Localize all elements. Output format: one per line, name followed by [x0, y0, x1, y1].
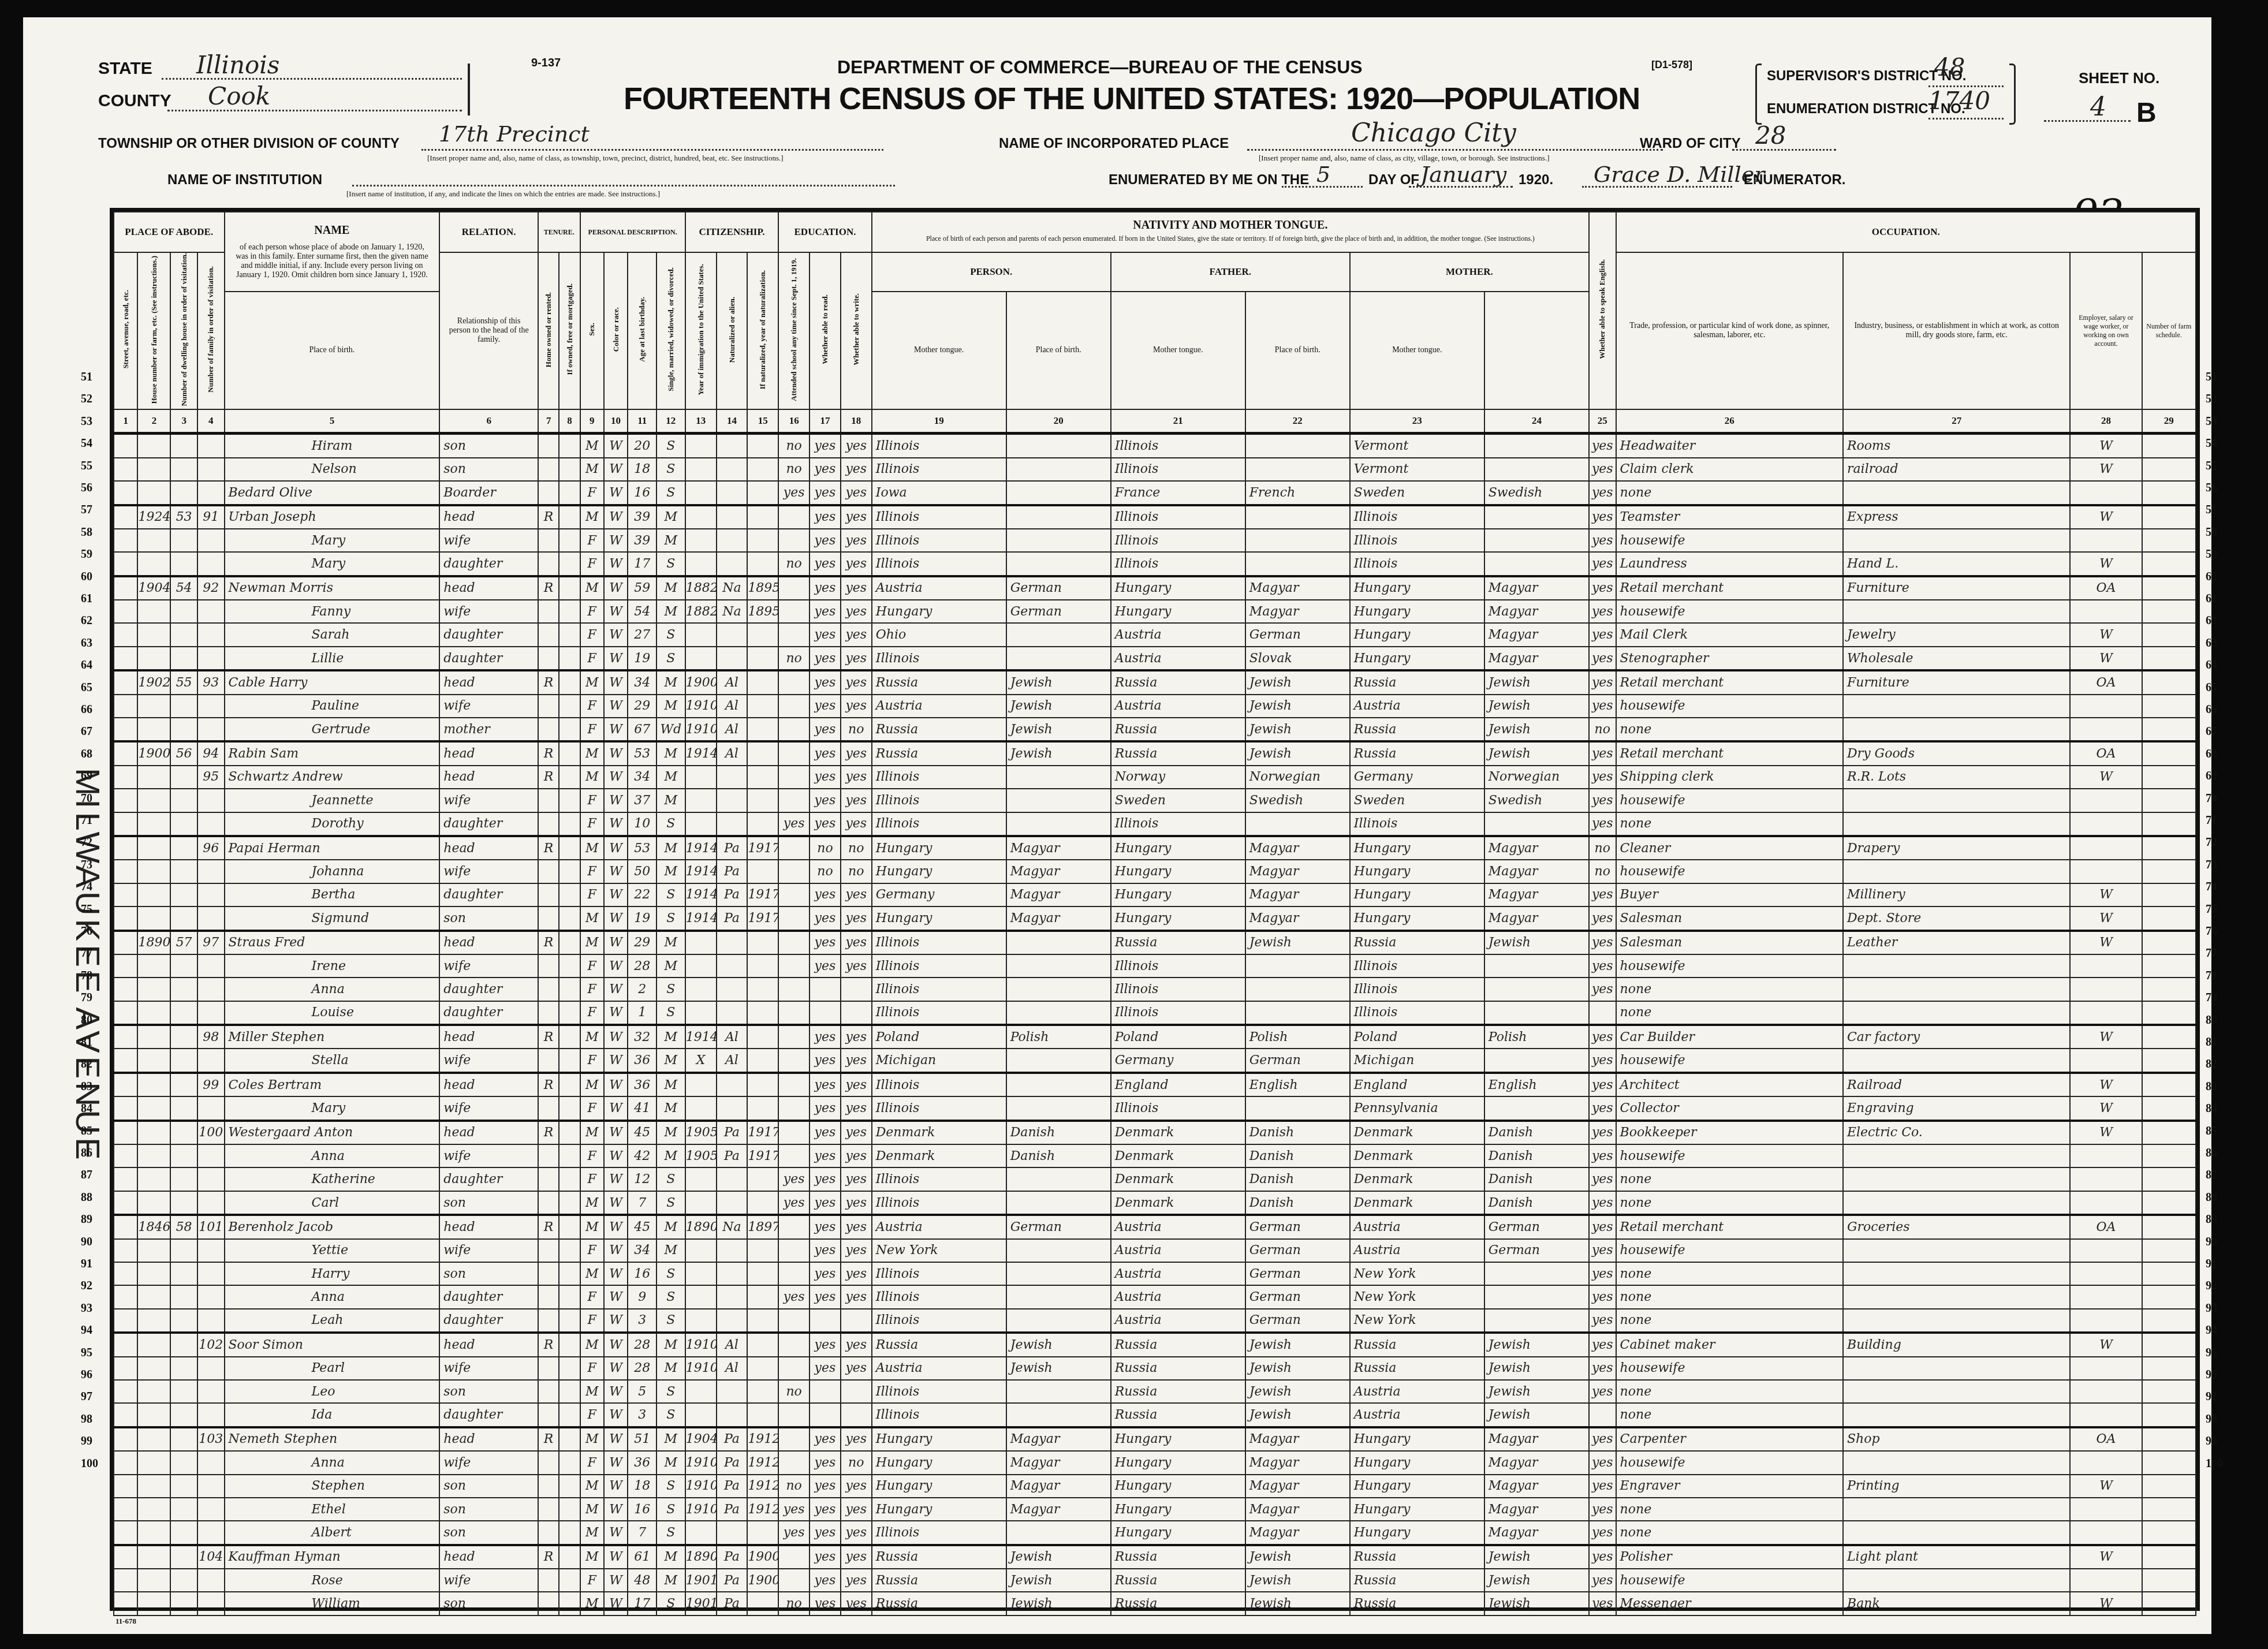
- group-father: FATHER.: [1111, 252, 1350, 292]
- cell-mort: [559, 458, 580, 481]
- column-number: 23: [1350, 409, 1484, 434]
- cell-fmt: Jewish: [1245, 718, 1350, 741]
- cell-eng: yes: [1589, 1521, 1616, 1544]
- column-number-row: 1234567891011121314151617181920212223242…: [114, 409, 2196, 434]
- cell-fpob: Hungary: [1111, 1521, 1245, 1544]
- cell-fmt: Magyar: [1245, 1451, 1350, 1474]
- cell-industry: Shop: [1843, 1427, 2070, 1451]
- cell-emp: [2070, 1498, 2142, 1521]
- cell-pob: Hungary: [872, 860, 1006, 883]
- cell-race: W: [604, 931, 628, 954]
- cell-imm: [685, 1285, 717, 1308]
- cell-natyr: [747, 1025, 778, 1049]
- cell-age: 34: [628, 766, 656, 789]
- cell-farm-schedule: [2142, 1096, 2196, 1120]
- cell-sex: M: [580, 434, 604, 458]
- cell-write: yes: [841, 1239, 872, 1262]
- line-number: 53: [81, 415, 92, 428]
- cell-name: Pearl: [225, 1357, 440, 1380]
- cell-mmt: Norwegian: [1484, 766, 1589, 789]
- cell-fpob: Illinois: [1111, 1001, 1245, 1025]
- cell-mpob: Russia: [1350, 741, 1484, 765]
- cell-house: [137, 1427, 170, 1451]
- cell-sex: F: [580, 860, 604, 883]
- cell-sex: M: [580, 458, 604, 481]
- cell-mmt: [1484, 978, 1589, 1001]
- line-number: 84: [2206, 1102, 2217, 1115]
- cell-nat: Pa: [717, 836, 748, 860]
- cell-mmt: [1484, 1001, 1589, 1025]
- cell-trade: housewife: [1616, 600, 1843, 623]
- cell-nat: [717, 1239, 748, 1262]
- cell-imm: X: [685, 1049, 717, 1072]
- cell-fpob: Hungary: [1111, 860, 1245, 883]
- cell-industry: [1843, 529, 2070, 552]
- line-number: 75: [2206, 903, 2217, 916]
- cell-fmt: Swedish: [1245, 789, 1350, 812]
- cell-mmt: Danish: [1484, 1121, 1589, 1144]
- cell-ms: M: [656, 1569, 685, 1592]
- cell-fpob: Germany: [1111, 1049, 1245, 1072]
- cell-imm: [685, 954, 717, 978]
- line-number: 67: [81, 725, 92, 738]
- form-ref: [D1-578]: [1651, 59, 1692, 71]
- cell-emp: OA: [2070, 1215, 2142, 1238]
- cell-school: no: [778, 552, 810, 576]
- cell-mt: [1006, 1380, 1111, 1403]
- cell-write: yes: [841, 670, 872, 694]
- cell-natyr: 1900: [747, 1545, 778, 1569]
- state-label: State: [98, 59, 152, 79]
- cell-name: Ida: [225, 1403, 440, 1427]
- cell-mmt: Magyar: [1484, 1427, 1589, 1451]
- line-number: 89: [81, 1213, 92, 1226]
- cell-farm-schedule: [2142, 623, 2196, 646]
- cell-sex: F: [580, 718, 604, 741]
- cell-name: Newman Morris: [225, 576, 440, 600]
- cell-ms: S: [656, 1475, 685, 1498]
- cell-race: W: [604, 647, 628, 670]
- cell-school: [778, 883, 810, 906]
- cell-house: [137, 954, 170, 978]
- cell-sex: F: [580, 1403, 604, 1427]
- cell-mt: [1006, 1191, 1111, 1215]
- cell-fam: [197, 1475, 225, 1498]
- census-row: GertrudemotherFW67Wd1910AlyesnoRussiaJew…: [114, 718, 2196, 741]
- cell-street: [114, 670, 137, 694]
- cell-dwell: 55: [170, 670, 197, 694]
- line-number: 51: [2206, 371, 2217, 384]
- cell-race: W: [604, 1569, 628, 1592]
- cell-read: yes: [810, 1521, 841, 1544]
- enumerated-day: 5: [1316, 162, 1330, 187]
- cell-school: [778, 670, 810, 694]
- cell-own: [538, 600, 559, 623]
- group-place-of-abode: PLACE OF ABODE.: [114, 212, 225, 252]
- cell-street: [114, 552, 137, 576]
- cell-write: yes: [841, 766, 872, 789]
- cell-house: [137, 812, 170, 836]
- cell-fam: [197, 552, 225, 576]
- cell-eng: yes: [1589, 978, 1616, 1001]
- cell-mt: Magyar: [1006, 1451, 1111, 1474]
- cell-fmt: [1245, 1096, 1350, 1120]
- cell-ms: S: [656, 1380, 685, 1403]
- cell-natyr: 1912: [747, 1451, 778, 1474]
- cell-mmt: Danish: [1484, 1144, 1589, 1167]
- cell-pob: Russia: [872, 1592, 1006, 1615]
- cell-street: [114, 954, 137, 978]
- line-number: 70: [2206, 792, 2217, 805]
- cell-industry: [1843, 1144, 2070, 1167]
- cell-industry: Furniture: [1843, 670, 2070, 694]
- cell-mpob: Russia: [1350, 718, 1484, 741]
- cell-mort: [559, 1427, 580, 1451]
- group-citizenship: CITIZENSHIP.: [685, 212, 779, 252]
- cell-trade: Cabinet maker: [1616, 1333, 1843, 1356]
- line-number: 67: [2206, 725, 2217, 738]
- cell-name: Nelson: [225, 458, 440, 481]
- cell-nat: Pa: [717, 1451, 748, 1474]
- cell-own: R: [538, 576, 559, 600]
- cell-imm: [685, 978, 717, 1001]
- cell-street: [114, 505, 137, 529]
- cell-fmt: Jewish: [1245, 1333, 1350, 1356]
- cell-pob: Russia: [872, 1545, 1006, 1569]
- cell-eng: yes: [1589, 1073, 1616, 1096]
- cell-rel: daughter: [439, 1001, 538, 1025]
- cell-sex: M: [580, 505, 604, 529]
- cell-fmt: Magyar: [1245, 1427, 1350, 1451]
- cell-fmt: Jewish: [1245, 1403, 1350, 1427]
- census-row: 96Papai HermanheadRMW53M1914Pa1917nonoHu…: [114, 836, 2196, 860]
- line-number: 81: [81, 1036, 92, 1049]
- cell-natyr: [747, 458, 778, 481]
- cell-ms: S: [656, 552, 685, 576]
- cell-own: R: [538, 741, 559, 765]
- cell-imm: [685, 1239, 717, 1262]
- cell-age: 34: [628, 1239, 656, 1262]
- column-number: 13: [685, 409, 717, 434]
- cell-race: W: [604, 1545, 628, 1569]
- cell-fam: 96: [197, 836, 225, 860]
- cell-nat: Al: [717, 741, 748, 765]
- cell-rel: head: [439, 1215, 538, 1238]
- cell-mmt: English: [1484, 1073, 1589, 1096]
- cell-fpob: Austria: [1111, 647, 1245, 670]
- cell-pob: Illinois: [872, 978, 1006, 1001]
- cell-fmt: Magyar: [1245, 576, 1350, 600]
- cell-fmt: Jewish: [1245, 1592, 1350, 1615]
- cell-school: yes: [778, 1521, 810, 1544]
- cell-mpob: Hungary: [1350, 1521, 1484, 1544]
- cell-street: [114, 623, 137, 646]
- cell-nat: [717, 434, 748, 458]
- institution-label: Name of Institution: [167, 172, 322, 188]
- cell-farm-schedule: [2142, 1380, 2196, 1403]
- cell-emp: [2070, 481, 2142, 505]
- cell-industry: [1843, 695, 2070, 718]
- cell-eng: yes: [1589, 1380, 1616, 1403]
- census-row: 104Kauffman HymanheadRMW61M1890Pa1900yes…: [114, 1545, 2196, 1569]
- incorporated-label: Name of incorporated place: [999, 136, 1229, 152]
- cell-mort: [559, 1215, 580, 1238]
- cell-write: no: [841, 718, 872, 741]
- cell-mt: [1006, 1521, 1111, 1544]
- cell-natyr: 1917: [747, 1144, 778, 1167]
- line-number: 79: [81, 991, 92, 1005]
- cell-fam: 100: [197, 1121, 225, 1144]
- cell-sex: M: [580, 836, 604, 860]
- cell-dwell: [170, 1285, 197, 1308]
- cell-fpob: Austria: [1111, 1285, 1245, 1308]
- cell-natyr: [747, 1309, 778, 1333]
- cell-own: [538, 1592, 559, 1615]
- cell-mt: Magyar: [1006, 860, 1111, 883]
- cell-natyr: 1912: [747, 1498, 778, 1521]
- cell-write: yes: [841, 1096, 872, 1120]
- cell-mt: Jewish: [1006, 1333, 1111, 1356]
- cell-fam: 101: [197, 1215, 225, 1238]
- cell-ms: M: [656, 1427, 685, 1451]
- cell-farm-schedule: [2142, 1001, 2196, 1025]
- cell-mmt: Jewish: [1484, 1592, 1589, 1615]
- cell-fmt: Magyar: [1245, 1498, 1350, 1521]
- line-number: 94: [81, 1324, 92, 1337]
- cell-ms: S: [656, 812, 685, 836]
- cell-own: [538, 458, 559, 481]
- cell-sex: M: [580, 1073, 604, 1096]
- line-number: 95: [2206, 1346, 2217, 1360]
- cell-fmt: Magyar: [1245, 883, 1350, 906]
- cell-fpob: Russia: [1111, 1333, 1245, 1356]
- column-number: 10: [604, 409, 628, 434]
- cell-race: W: [604, 954, 628, 978]
- cell-own: R: [538, 505, 559, 529]
- cell-street: [114, 978, 137, 1001]
- cell-mmt: Magyar: [1484, 576, 1589, 600]
- cell-name: Coles Bertram: [225, 1073, 440, 1096]
- cell-house: [137, 860, 170, 883]
- cell-nat: [717, 1380, 748, 1403]
- cell-emp: W: [2070, 906, 2142, 930]
- cell-name: Westergaard Anton: [225, 1121, 440, 1144]
- cell-sex: M: [580, 576, 604, 600]
- cell-dwell: [170, 1475, 197, 1498]
- cell-farm-schedule: [2142, 458, 2196, 481]
- cell-trade: housewife: [1616, 1451, 1843, 1474]
- cell-dwell: [170, 552, 197, 576]
- cell-school: [778, 1215, 810, 1238]
- cell-rel: wife: [439, 1451, 538, 1474]
- cell-sex: F: [580, 529, 604, 552]
- census-row: RosewifeFW48M1901Pa1900yesyesRussiaJewis…: [114, 1569, 2196, 1592]
- cell-imm: 1882: [685, 576, 717, 600]
- supervisor-value: 48: [1934, 53, 1965, 81]
- cell-sex: F: [580, 623, 604, 646]
- col-10-header: Color or race.: [604, 252, 628, 409]
- cell-sex: F: [580, 552, 604, 576]
- cell-fpob: Illinois: [1111, 505, 1245, 529]
- cell-own: [538, 1049, 559, 1072]
- cell-mt: [1006, 434, 1111, 458]
- cell-mpob: Hungary: [1350, 860, 1484, 883]
- cell-fmt: Magyar: [1245, 600, 1350, 623]
- cell-industry: Express: [1843, 505, 2070, 529]
- cell-dwell: [170, 1498, 197, 1521]
- cell-mort: [559, 978, 580, 1001]
- cell-age: 17: [628, 1592, 656, 1615]
- cell-age: 1: [628, 1001, 656, 1025]
- cell-read: yes: [810, 718, 841, 741]
- state-value: Illinois: [196, 51, 279, 79]
- cell-name: Dorothy: [225, 812, 440, 836]
- cell-rel: daughter: [439, 1167, 538, 1191]
- cell-ms: M: [656, 1215, 685, 1238]
- cell-mpob: Denmark: [1350, 1191, 1484, 1215]
- cell-read: yes: [810, 623, 841, 646]
- cell-race: W: [604, 883, 628, 906]
- cell-farm-schedule: [2142, 789, 2196, 812]
- cell-dwell: [170, 1167, 197, 1191]
- cell-ms: M: [656, 1239, 685, 1262]
- cell-write: yes: [841, 434, 872, 458]
- cell-emp: W: [2070, 1025, 2142, 1049]
- cell-nat: [717, 1262, 748, 1285]
- cell-nat: Na: [717, 1215, 748, 1238]
- cell-fmt: German: [1245, 1309, 1350, 1333]
- cell-emp: [2070, 954, 2142, 978]
- cell-fam: 97: [197, 931, 225, 954]
- bracket: [468, 64, 470, 115]
- cell-house: [137, 789, 170, 812]
- cell-nat: [717, 1285, 748, 1308]
- census-row: LouisedaughterFW1SIllinoisIllinoisIllino…: [114, 1001, 2196, 1025]
- cell-fam: 102: [197, 1333, 225, 1356]
- cell-mpob: Denmark: [1350, 1144, 1484, 1167]
- cell-natyr: 1897: [747, 1215, 778, 1238]
- cell-read: yes: [810, 1569, 841, 1592]
- cell-age: 16: [628, 1262, 656, 1285]
- cell-school: [778, 718, 810, 741]
- cell-age: 22: [628, 883, 656, 906]
- cell-race: W: [604, 1215, 628, 1238]
- census-row: 18905797Straus FredheadRMW29MyesyesIllin…: [114, 931, 2196, 954]
- cell-mt: Magyar: [1006, 883, 1111, 906]
- cell-mt: Jewish: [1006, 1357, 1111, 1380]
- cell-fam: [197, 978, 225, 1001]
- cell-write: yes: [841, 1333, 872, 1356]
- cell-natyr: [747, 1262, 778, 1285]
- cell-mt: Danish: [1006, 1144, 1111, 1167]
- cell-emp: [2070, 718, 2142, 741]
- cell-own: [538, 1309, 559, 1333]
- cell-fpob: Norway: [1111, 766, 1245, 789]
- cell-dwell: [170, 647, 197, 670]
- cell-house: [137, 1357, 170, 1380]
- cell-fpob: Hungary: [1111, 600, 1245, 623]
- cell-natyr: 1917: [747, 883, 778, 906]
- cell-mt: [1006, 623, 1111, 646]
- cell-fam: [197, 1569, 225, 1592]
- cell-rel: daughter: [439, 647, 538, 670]
- cell-mmt: [1484, 529, 1589, 552]
- cell-mt: [1006, 1309, 1111, 1333]
- county-label: County: [98, 91, 171, 111]
- cell-pob: Iowa: [872, 481, 1006, 505]
- cell-fmt: [1245, 434, 1350, 458]
- line-number: 54: [2206, 437, 2217, 450]
- cell-school: yes: [778, 1191, 810, 1215]
- cell-nat: Pa: [717, 860, 748, 883]
- line-number: 57: [81, 503, 92, 517]
- cell-mpob: Sweden: [1350, 481, 1484, 505]
- cell-eng: yes: [1589, 1239, 1616, 1262]
- cell-nat: [717, 766, 748, 789]
- cell-imm: [685, 481, 717, 505]
- cell-fam: [197, 600, 225, 623]
- cell-school: no: [778, 434, 810, 458]
- cell-house: [137, 1592, 170, 1615]
- cell-mort: [559, 931, 580, 954]
- cell-sex: M: [580, 1545, 604, 1569]
- cell-name: Kauffman Hyman: [225, 1545, 440, 1569]
- cell-fpob: Illinois: [1111, 954, 1245, 978]
- cell-ms: M: [656, 789, 685, 812]
- cell-name: Bedard Olive: [225, 481, 440, 505]
- cell-write: yes: [841, 789, 872, 812]
- census-row: 19045492Newman MorrisheadRMW59M1882Na189…: [114, 576, 2196, 600]
- cell-dwell: [170, 1333, 197, 1356]
- cell-street: [114, 1215, 137, 1238]
- cell-fpob: Hungary: [1111, 576, 1245, 600]
- line-number: 73: [2206, 859, 2217, 872]
- cell-own: [538, 1144, 559, 1167]
- census-row: IrenewifeFW28MyesyesIllinoisIllinoisIlli…: [114, 954, 2196, 978]
- cell-ms: S: [656, 1001, 685, 1025]
- cell-farm-schedule: [2142, 931, 2196, 954]
- cell-race: W: [604, 1096, 628, 1120]
- cell-own: [538, 906, 559, 930]
- cell-dwell: [170, 1380, 197, 1403]
- cell-rel: head: [439, 836, 538, 860]
- cell-age: 51: [628, 1427, 656, 1451]
- cell-mt: [1006, 529, 1111, 552]
- line-number: 68: [81, 748, 92, 761]
- cell-farm-schedule: [2142, 481, 2196, 505]
- cell-write: yes: [841, 1545, 872, 1569]
- cell-fam: 91: [197, 505, 225, 529]
- cell-mmt: Jewish: [1484, 931, 1589, 954]
- cell-read: yes: [810, 1073, 841, 1096]
- cell-farm-schedule: [2142, 1545, 2196, 1569]
- cell-age: 34: [628, 670, 656, 694]
- cell-ms: S: [656, 1285, 685, 1308]
- cell-pob: Russia: [872, 670, 1006, 694]
- cell-house: [137, 1262, 170, 1285]
- cell-pob: Hungary: [872, 600, 1006, 623]
- cell-mt: Danish: [1006, 1121, 1111, 1144]
- cell-own: R: [538, 1073, 559, 1096]
- cell-fam: 92: [197, 576, 225, 600]
- cell-write: yes: [841, 812, 872, 836]
- cell-write: yes: [841, 1215, 872, 1238]
- group-personal-description: PERSONAL DESCRIPTION.: [580, 212, 685, 252]
- cell-fam: [197, 1451, 225, 1474]
- cell-mort: [559, 670, 580, 694]
- cell-fam: [197, 883, 225, 906]
- cell-dwell: [170, 458, 197, 481]
